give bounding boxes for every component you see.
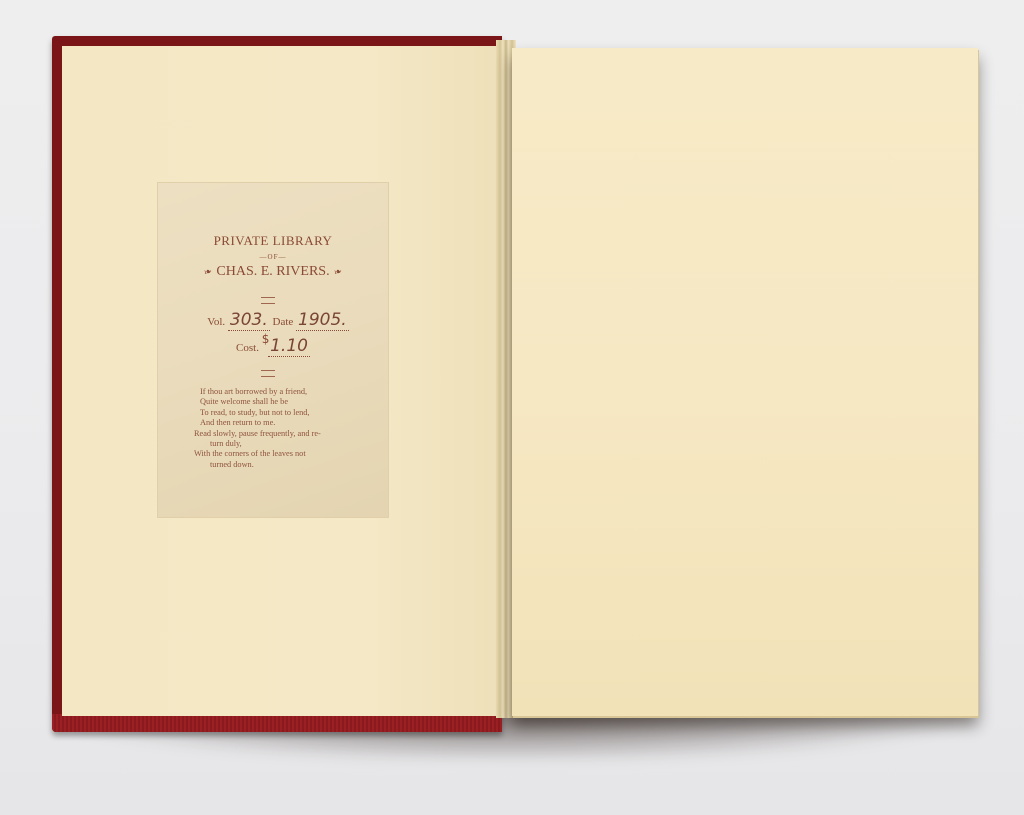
vol-value: 303. xyxy=(228,310,270,331)
verse-line: And then return to me. xyxy=(194,418,364,428)
vol-label: Vol. xyxy=(207,316,225,328)
cost-label: Cost. xyxy=(236,342,259,354)
verse-line: Quite welcome shall he be xyxy=(194,397,364,407)
verse-line: If thou art borrowed by a friend, xyxy=(194,387,364,397)
double-rule-divider xyxy=(261,370,275,377)
bookplate-of: —OF— xyxy=(158,253,388,261)
verse-line: With the corners of the leaves not xyxy=(194,449,364,459)
date-value: 1905. xyxy=(296,310,349,331)
verse-line: Read slowly, pause frequently, and re- xyxy=(194,429,364,439)
bookplate-owner: CHAS. E. RIVERS. xyxy=(216,264,329,279)
cost-value: 1.10 xyxy=(268,336,310,357)
dollar-mark: $ xyxy=(262,332,270,346)
verse-line: turn duly, xyxy=(194,439,364,449)
bookplate-owner-line: ❧CHAS. E. RIVERS.❧ xyxy=(158,264,388,280)
verse-line: turned down. xyxy=(194,460,364,470)
bookplate-cost-line: Cost. $ 1.10 xyxy=(158,336,388,356)
bookplate-title: PRIVATE LIBRARY xyxy=(158,233,388,249)
bookplate-vol-date-line: Vol. 303. Date 1905. xyxy=(168,310,388,330)
double-rule-divider xyxy=(261,297,275,304)
leaf-ornament-icon: ❧ xyxy=(332,266,344,279)
leaf-ornament-icon: ❧ xyxy=(202,266,214,279)
blank-right-page xyxy=(512,48,978,716)
bookplate-verse: If thou art borrowed by a friend, Quite … xyxy=(194,387,364,470)
bookplate: PRIVATE LIBRARY —OF— ❧CHAS. E. RIVERS.❧ … xyxy=(158,183,388,517)
date-label: Date xyxy=(273,316,294,328)
verse-line: To read, to study, but not to lend, xyxy=(194,408,364,418)
